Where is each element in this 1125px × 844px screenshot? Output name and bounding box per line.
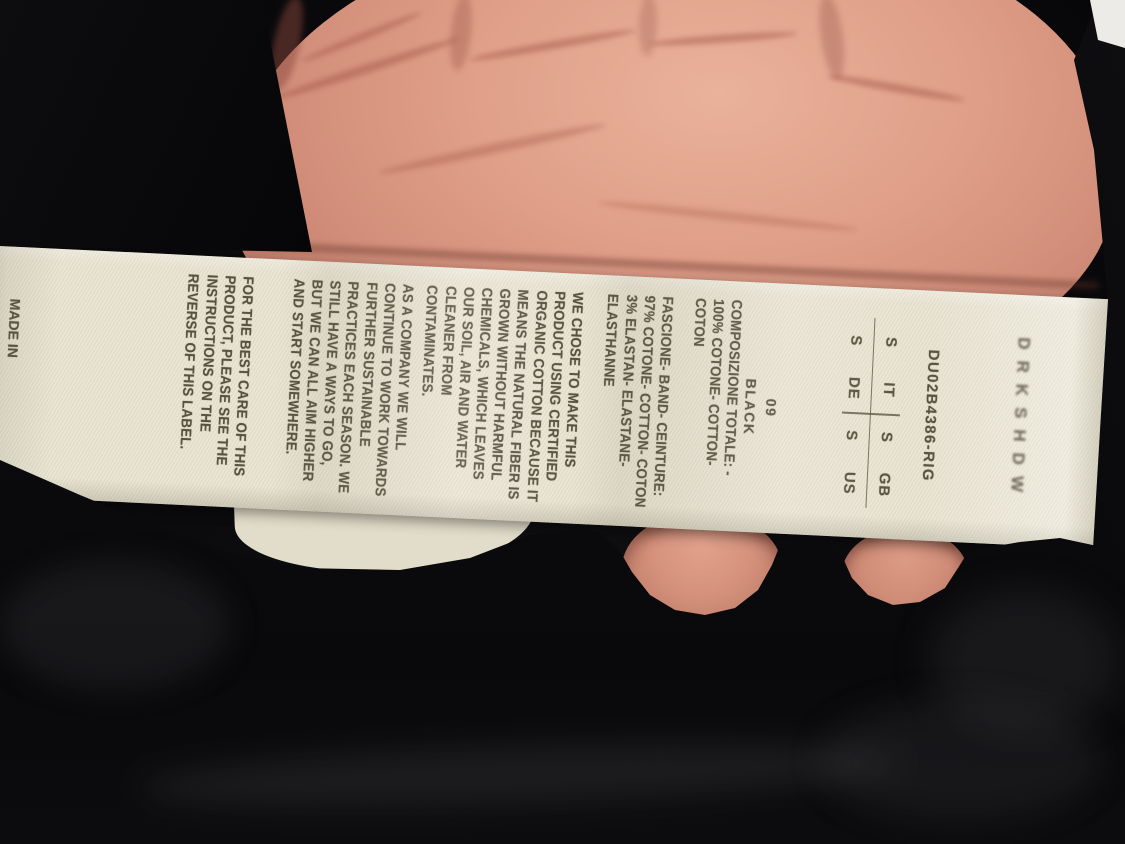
- brand-logo: DRKSHDW: [1004, 295, 1036, 546]
- size-region: US: [840, 459, 859, 507]
- sustainability-paragraph: AS A COMPANY WE WILL CONTINUE TO WORK TO…: [279, 260, 417, 496]
- size-value: S: [877, 413, 896, 461]
- photo-scene: DRKSHDW DU02B4386-RIG S IT S GB S DE S U…: [0, 0, 1125, 844]
- size-region: IT: [879, 366, 898, 414]
- size-region: DE: [844, 364, 863, 412]
- size-region: GB: [875, 461, 894, 509]
- composition-text: COMPOSIZIONE TOTALE: - 100% COTONE- COTT…: [681, 279, 747, 511]
- size-value: S: [882, 318, 901, 366]
- size-value: S: [842, 412, 861, 460]
- band-composition-text: FASCIONE- BAND- CEINTURE: 97% COTONE- CO…: [593, 275, 677, 508]
- product-code: DU02B4386-RIG: [916, 291, 945, 542]
- made-in-text: MADE IN: [0, 246, 26, 496]
- size-table: S IT S GB S DE S US: [831, 316, 909, 509]
- organic-cotton-paragraph: WE CHOSE TO MAKE THIS PRODUCT USING CERT…: [413, 266, 588, 504]
- size-value: S: [847, 317, 866, 365]
- care-note: FOR THE BEST CARE OF THIS PRODUCT, PLEAS…: [174, 255, 258, 488]
